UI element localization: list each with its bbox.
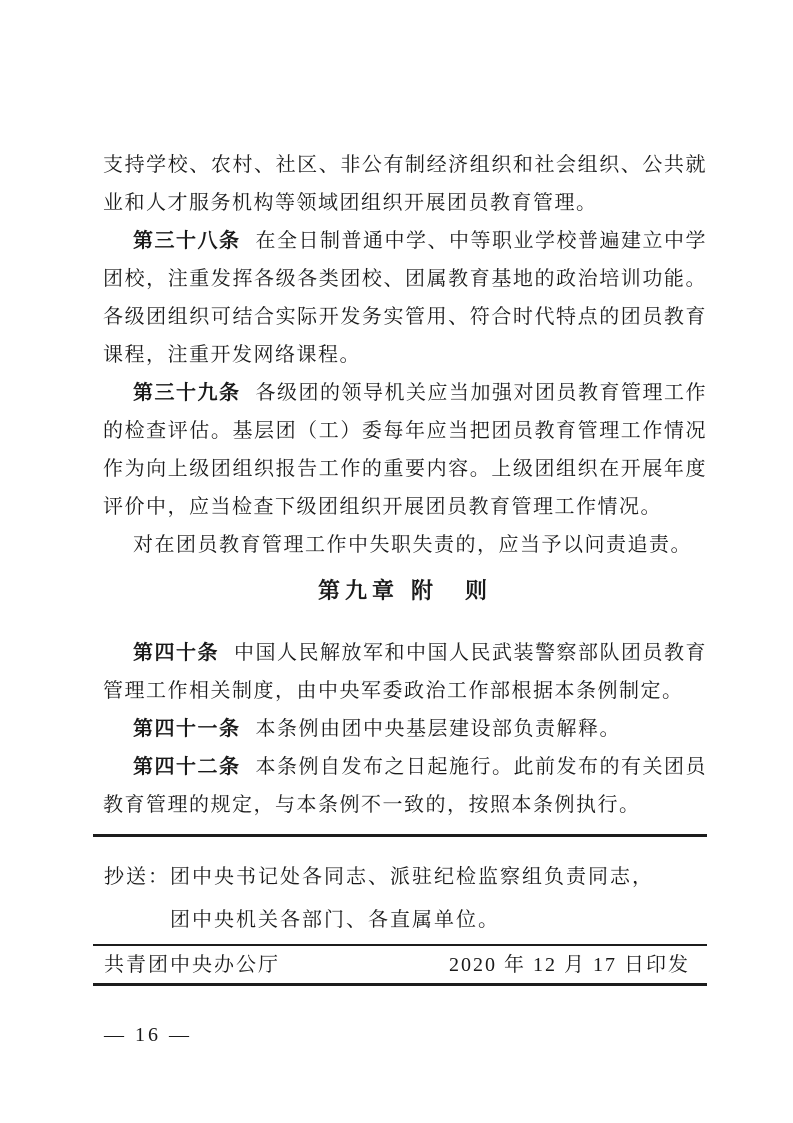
paragraph: 支持学校、农村、社区、非公有制经济组织和社会组织、公共就业和人才服务机构等领域团… — [103, 146, 707, 222]
paragraph-text: 支持学校、农村、社区、非公有制经济组织和社会组织、公共就业和人才服务机构等领域团… — [103, 154, 707, 214]
document-body: 支持学校、农村、社区、非公有制经济组织和社会组织、公共就业和人才服务机构等领域团… — [103, 146, 707, 824]
print-date: 2020 年 12 月 17 日印发 — [449, 951, 690, 979]
article-number: 第三十九条 — [133, 382, 241, 404]
copy-label: 抄送： — [104, 856, 170, 899]
chapter-number: 第九章 — [318, 578, 399, 603]
paragraph-text: 本条例由团中央基层建设部负责解释。 — [256, 718, 622, 740]
copy-distribution-note: 抄送： 团中央书记处各同志、派驻纪检监察组负责同志， 团中央机关各部门、各直属单… — [104, 856, 704, 942]
chapter-title: 附 则 — [411, 578, 492, 603]
divider-middle — [93, 944, 707, 946]
paragraph: 对在团员教育管理工作中失职失责的，应当予以问责追责。 — [103, 526, 707, 564]
divider-top — [93, 834, 707, 837]
article-number: 第四十一条 — [133, 718, 241, 740]
paragraph: 第四十二条本条例自发布之日起施行。此前发布的有关团员教育管理的规定，与本条例不一… — [103, 748, 707, 824]
article-number: 第三十八条 — [133, 230, 241, 252]
page-number: — 16 — — [104, 1022, 192, 1048]
paragraph: 第四十一条本条例由团中央基层建设部负责解释。 — [103, 710, 707, 748]
issuer-row: 共青团中央办公厅 2020 年 12 月 17 日印发 — [104, 951, 690, 979]
paragraph-text: 对在团员教育管理工作中失职失责的，应当予以问责追责。 — [133, 534, 692, 556]
divider-bottom — [93, 983, 707, 986]
copy-lines: 团中央书记处各同志、派驻纪检监察组负责同志， 团中央机关各部门、各直属单位。 — [170, 856, 704, 942]
issuing-office: 共青团中央办公厅 — [104, 951, 280, 979]
article-number: 第四十二条 — [133, 756, 241, 778]
paragraph: 第三十八条在全日制普通中学、中等职业学校普遍建立中学团校，注重发挥各级各类团校、… — [103, 222, 707, 374]
article-number: 第四十条 — [133, 642, 219, 664]
copy-line: 团中央机关各部门、各直属单位。 — [170, 909, 500, 931]
chapter-heading: 第九章附 则 — [103, 576, 707, 606]
paragraph: 第三十九条各级团的领导机关应当加强对团员教育管理工作的检查评估。基层团（工）委每… — [103, 374, 707, 526]
document-page: 支持学校、农村、社区、非公有制经济组织和社会组织、公共就业和人才服务机构等领域团… — [0, 0, 793, 1123]
copy-line: 团中央书记处各同志、派驻纪检监察组负责同志， — [170, 866, 654, 888]
paragraph: 第四十条中国人民解放军和中国人民武装警察部队团员教育管理工作相关制度，由中央军委… — [103, 634, 707, 710]
